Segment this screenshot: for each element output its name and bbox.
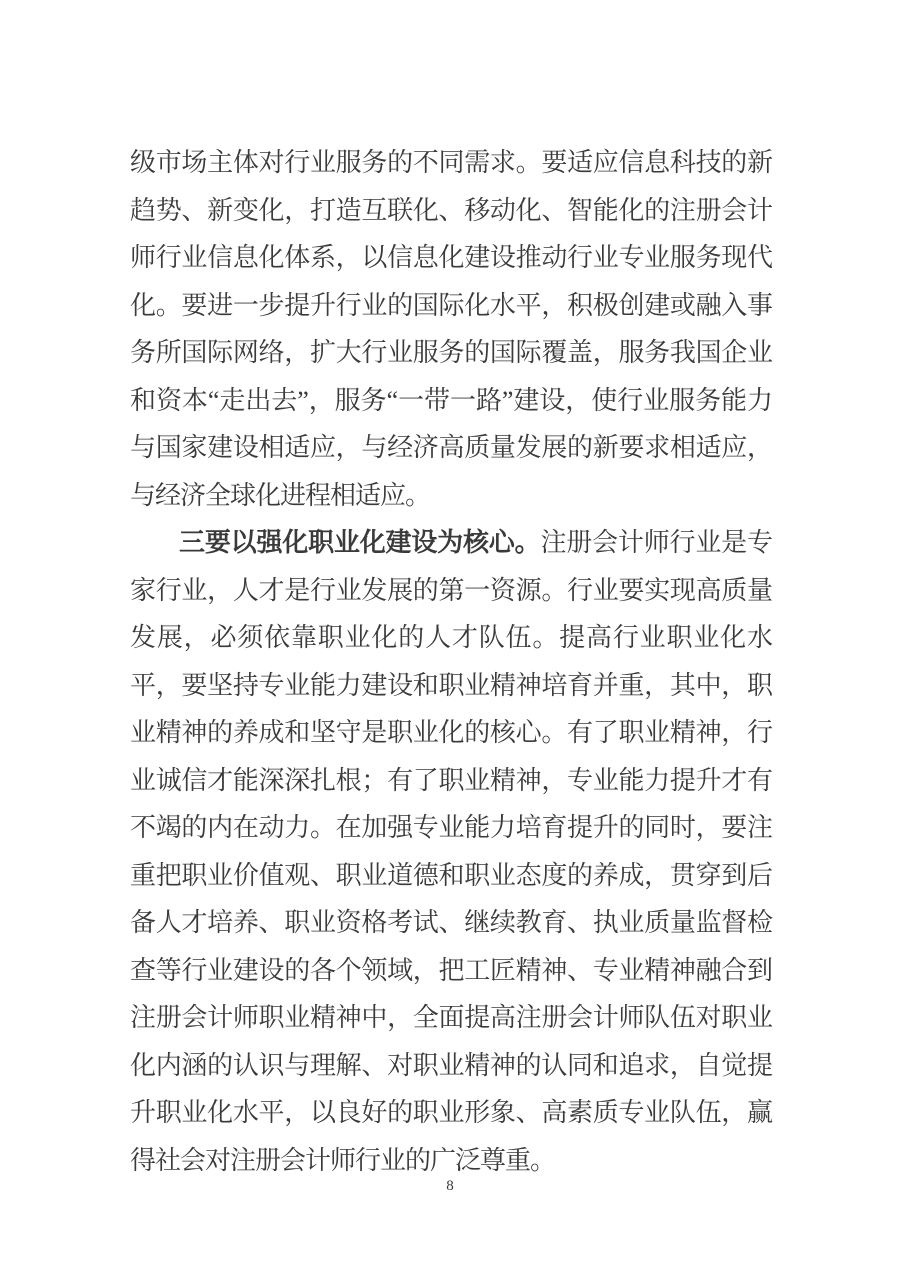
paragraph-continuation: 级市场主体对行业服务的不同需求。要适应信息科技的新趋势、新变化，打造互联化、移动… (130, 139, 772, 519)
document-page: 级市场主体对行业服务的不同需求。要适应信息科技的新趋势、新变化，打造互联化、移动… (0, 0, 900, 1273)
page-number: 8 (0, 1178, 900, 1195)
paragraph-text: 级市场主体对行业服务的不同需求。要适应信息科技的新趋势、新变化，打造互联化、移动… (130, 148, 772, 510)
paragraph-lead-bold: 三要以强化职业化建设为核心。 (179, 528, 540, 557)
document-body: 级市场主体对行业服务的不同需求。要适应信息科技的新趋势、新变化，打造互联化、移动… (130, 139, 772, 1184)
paragraph-text: 注册会计师行业是专家行业，人才是行业发展的第一资源。行业要实现高质量发展，必须依… (130, 528, 772, 1175)
paragraph-section-three: 三要以强化职业化建设为核心。注册会计师行业是专家行业，人才是行业发展的第一资源。… (130, 519, 772, 1184)
